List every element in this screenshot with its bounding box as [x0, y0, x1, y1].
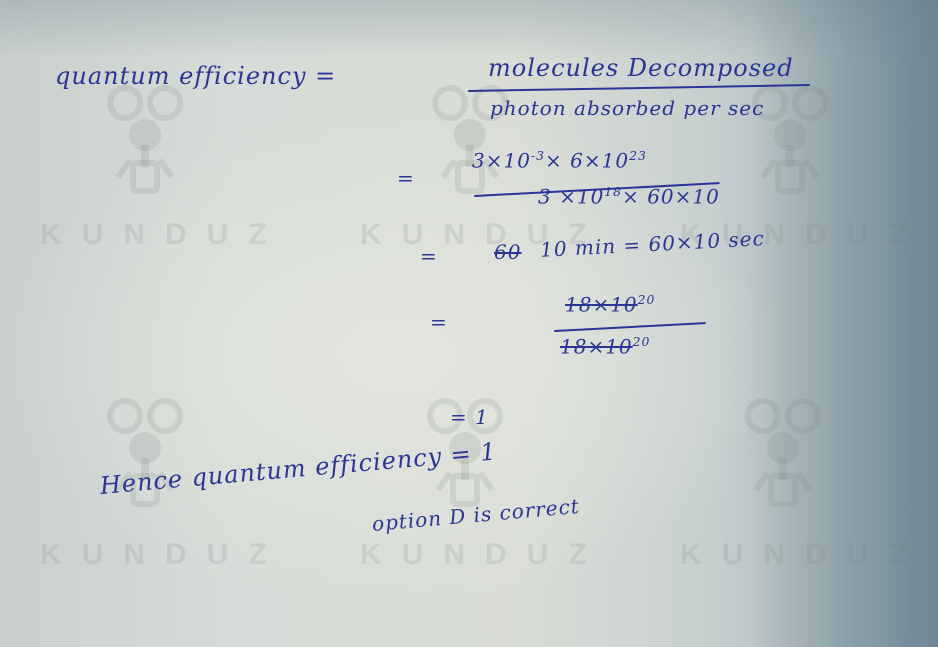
fraction-bar: [468, 84, 810, 92]
conclusion-line-2: option D is correct: [371, 494, 581, 536]
lhs-label: quantum efficiency =: [55, 62, 336, 90]
equals-sign: =: [397, 166, 415, 190]
crossed-out-text: 60: [494, 240, 521, 264]
watermark-text: KUNDUZ: [680, 538, 927, 572]
step1-numerator: 3×10-3× 6×1023: [472, 148, 647, 173]
watermark-logo-icon: [100, 85, 190, 195]
definition-denominator: photon absorbed per sec: [490, 96, 764, 120]
paper-shadow-top: [0, 0, 938, 60]
watermark-text: KUNDUZ: [40, 218, 287, 252]
definition-numerator: molecules Decomposed: [488, 54, 794, 82]
fraction-bar: [554, 322, 706, 332]
equals-sign: =: [420, 244, 438, 268]
time-conversion-note: 10 min = 60×10 sec: [540, 226, 766, 262]
step1-denominator: 3 ×1018× 60×10: [538, 184, 720, 209]
equals-sign: =: [430, 310, 448, 334]
step2-numerator: 18×1020: [565, 292, 655, 317]
result-value: = 1: [450, 405, 489, 429]
watermark-text: KUNDUZ: [40, 538, 287, 572]
watermark-logo-icon: [738, 398, 828, 508]
step2-denominator: 18×1020: [560, 334, 650, 359]
watermark-text: KUNDUZ: [360, 538, 607, 572]
conclusion-line-1: Hence quantum efficiency = 1: [99, 437, 498, 500]
